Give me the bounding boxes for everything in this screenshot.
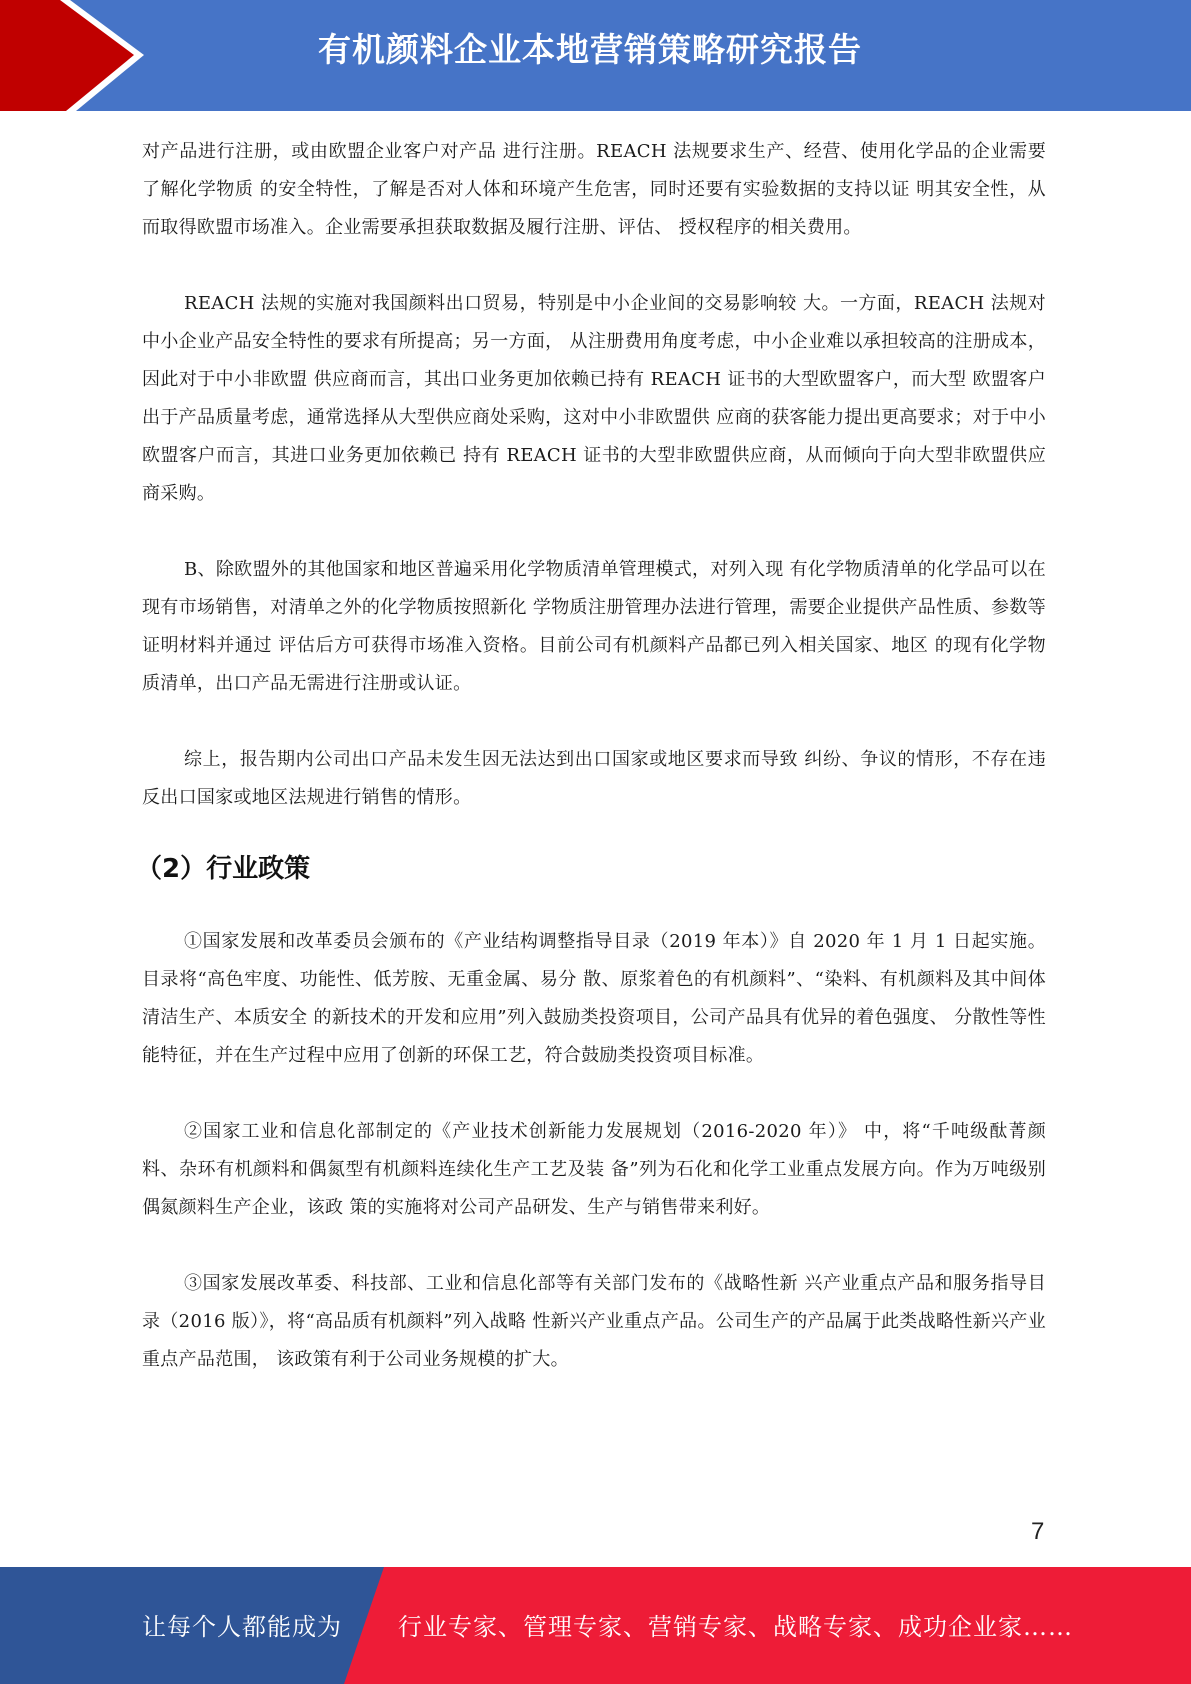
paragraph: ③国家发展改革委、科技部、工业和信息化部等有关部门发布的《战略性新 兴产业重点产… [142,1265,1046,1379]
page-footer: 让每个人都能成为 行业专家、管理专家、营销专家、战略专家、成功企业家…… [0,1567,1191,1684]
footer-slogan-left: 让每个人都能成为 [142,1607,342,1642]
paragraph: ①国家发展和改革委员会颁布的《产业结构调整指导目录（2019 年本）》自 202… [142,923,1046,1075]
page-number: 7 [1031,1518,1044,1546]
paragraph: ②国家工业和信息化部制定的《产业技术创新能力发展规划（2016-2020 年）》… [142,1113,1046,1227]
page-header: 有机颜料企业本地营销策略研究报告 [0,0,1191,111]
document-title: 有机颜料企业本地营销策略研究报告 [318,28,862,72]
section-heading: （2）行业政策 [136,849,1046,889]
document-body: 对产品进行注册，或由欧盟企业客户对产品 进行注册。REACH 法规要求生产、经营… [142,133,1046,1417]
paragraph: 综上，报告期内公司出口产品未发生因无法达到出口国家或地区要求而导致 纠纷、争议的… [142,741,1046,817]
footer-slogan-right: 行业专家、管理专家、营销专家、战略专家、成功企业家…… [398,1607,1073,1642]
paragraph: B、除欧盟外的其他国家和地区普遍采用化学物质清单管理模式，对列入现 有化学物质清… [142,551,1046,703]
red-arrow-icon [0,0,160,111]
paragraph: REACH 法规的实施对我国颜料出口贸易，特别是中小企业间的交易影响较 大。一方… [142,285,1046,513]
paragraph: 对产品进行注册，或由欧盟企业客户对产品 进行注册。REACH 法规要求生产、经营… [142,133,1046,247]
